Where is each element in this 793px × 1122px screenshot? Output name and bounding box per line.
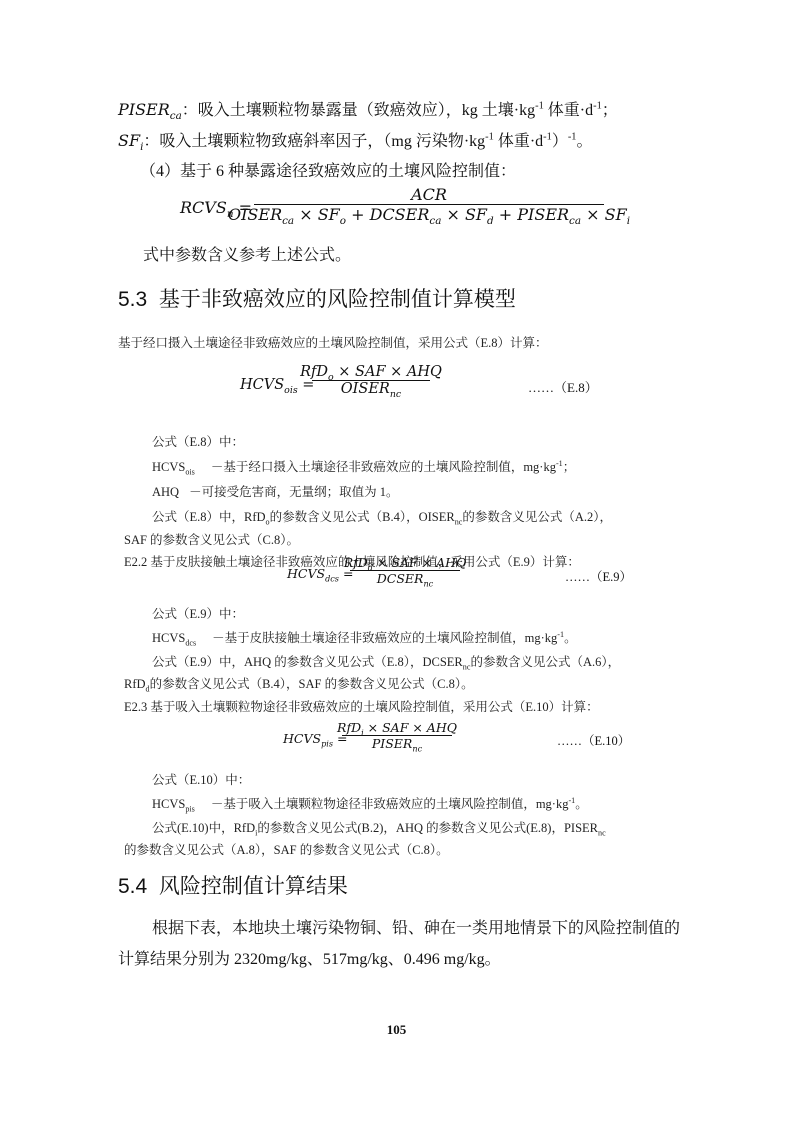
eq-e8-fraction: RfDo × SAF × AHQ OISERnc [312,364,430,397]
eq-e10-fraction: RfDi × SAF × AHQ PISERnc [342,720,452,751]
def-end: 。 [564,631,577,645]
def-text: －基于皮肤接触土壤途径非致癌效应的土壤风险控制值，mg·kg [212,631,557,645]
page-number: 105 [0,1022,793,1038]
term-sub: i [627,215,630,227]
denominator: PISERnc [372,736,422,751]
section-heading-5-4: 5.4 风险控制值计算结果 [118,870,348,900]
def-text: 体重·d [494,133,543,150]
def-symbol: HCVS [152,460,185,474]
lhs-sub: ois [284,385,298,396]
term-sub: ca [282,215,294,227]
den-sub: nc [390,389,401,400]
sup: -1 [535,101,544,112]
ref-text: 公式(E.10)中，RfD [152,821,255,835]
result-paragraph-line2: 计算结果分别为 2320mg/kg、517mg/kg、0.496 mg/kg。 [118,946,501,969]
e9-ref-line2: RfDd的参数含义见公式（B.4），SAF 的参数含义见公式（C.8）。 [124,674,474,692]
symbol: SF [118,131,140,150]
e10-where: 公式（E.10）中： [152,770,250,788]
def-sf-i: SFi：吸入土壤颗粒物致癌斜率因子，（mg 污染物·kg-1 体重·d-1）-1… [118,128,593,151]
def-text: ：吸入土壤颗粒物暴露量（致癌效应），kg 土壤·kg [182,102,535,119]
numerator: RfDd × SAF × AHQ [344,555,467,570]
eq-e8-tag: ……（E.8） [528,377,598,396]
ref-text: 的参数含义见公式（B.4），OISER [270,510,455,524]
def-end: 。 [575,797,588,811]
e8-def-ahq: AHQ－可接受危害商，无量纲；取值为 1。 [152,482,398,500]
e9-where: 公式（E.9）中： [152,604,244,622]
section-heading-5-3: 5.3 基于非致癌效应的风险控制值计算模型 [118,283,516,313]
operator: + [494,205,518,224]
term: OISER [228,205,282,224]
term: PISER [517,205,569,224]
term-sub: ca [429,215,441,227]
term-sub: d [487,215,494,227]
ref-text: RfD [124,677,146,691]
num-rest: × SAF × AHQ [334,364,442,380]
ref-sub: nc [598,829,606,838]
denominator: DCSERnc [377,571,433,586]
item-4: （4）基于 6 种暴露途径致癌效应的土壤风险控制值： [140,158,516,181]
den-symbol: OISER [341,381,390,397]
lhs-symbol: HCVS [283,731,321,746]
def-text: ； [602,102,618,119]
def-text: 。 [577,133,593,150]
numerator: RfDo × SAF × AHQ [300,364,442,380]
e10-ref-line1: 公式(E.10)中，RfDi的参数含义见公式(B.2)，AHQ 的参数含义见公式… [152,818,606,836]
sup: -1 [543,132,552,143]
section-title: 基于非致癌效应的风险控制值计算模型 [159,288,516,311]
def-text: ） [552,133,568,150]
sup: -1 [485,132,494,143]
sup: -1 [556,459,563,468]
e8-intro: 基于经口摄入土壤途径非致癌效应的土壤风险控制值，采用公式（E.8）计算： [118,333,548,351]
denominator: OISERnc [341,381,401,397]
operator: × [294,205,318,224]
def-symbol: AHQ [152,485,179,499]
operator: × [441,205,465,224]
eq-rcvs-fraction: ACR OISERca × SFo + DCSERca × SFd + PISE… [254,185,604,224]
lhs-sub: pis [321,739,333,749]
lhs-symbol: HCVS [287,566,325,581]
term-sub: ca [569,215,581,227]
term: SF [465,205,487,224]
e8-ref-line2: SAF 的参数含义见公式（C.8）。 [124,530,299,548]
eq-e10-tag: ……（E.10） [557,731,630,749]
operator: + [346,205,370,224]
num-symbol: RfD [337,720,361,735]
def-text: －可接受危害商，无量纲；取值为 1。 [189,485,398,499]
symbol-sub: ca [170,110,182,122]
def-sub: pis [185,805,194,814]
term: SF [318,205,340,224]
e8-where: 公式（E.8）中： [152,432,244,450]
sup: -1 [568,132,577,143]
ref-text: 公式（E.8）中，RfD [152,510,266,524]
numerator: RfDi × SAF × AHQ [337,720,457,735]
denominator: OISERca × SFo + DCSERca × SFd + PISERca … [228,205,630,224]
num-symbol: RfD [300,364,328,380]
den-symbol: PISER [372,736,412,751]
result-paragraph-line1: 根据下表，本地块土壤污染物铜、铅、砷在一类用地情景下的风险控制值的 [152,915,680,938]
ref-text: 的参数含义见公式（B.4），SAF 的参数含义见公式（C.8）。 [150,677,474,691]
def-text: －基于经口摄入土壤途径非致癌效应的土壤风险控制值，mg·kg [211,460,556,474]
symbol: PISER [118,100,170,119]
eq-e9-fraction: RfDd × SAF × AHQ DCSERnc [350,555,460,586]
section-number: 5.3 [118,288,147,311]
num-rest: × SAF × AHQ [373,555,466,570]
document-page: PISERca：吸入土壤颗粒物暴露量（致癌效应），kg 土壤·kg-1 体重·d… [0,0,793,1122]
e10-def-hcvs-pis: HCVSpis－基于吸入土壤颗粒物途径非致癌效应的土壤风险控制值，mg·kg-1… [152,794,588,812]
section-title: 风险控制值计算结果 [159,875,348,898]
numerator: ACR [411,185,447,204]
e9-def-hcvs-dcs: HCVSdcs－基于皮肤接触土壤途径非致癌效应的土壤风险控制值，mg·kg-1。 [152,628,577,646]
def-piser-ca: PISERca：吸入土壤颗粒物暴露量（致癌效应），kg 土壤·kg-1 体重·d… [118,97,618,120]
note-reference: 式中参数含义参考上述公式。 [143,242,351,265]
def-text: 体重·d [544,102,593,119]
def-end: ； [563,460,576,474]
ref-text: 的参数含义见公式（A.6）， [470,655,620,669]
lhs-sub: dcs [325,574,339,584]
ref-text: 的参数含义见公式(B.2)，AHQ 的参数含义见公式(E.8)，PISER [257,821,598,835]
den-symbol: DCSER [377,571,424,586]
lhs-symbol: RCVS [180,198,227,217]
num-symbol: RfD [344,555,368,570]
den-sub: nc [412,744,422,754]
def-text: －基于吸入土壤颗粒物途径非致癌效应的土壤风险控制值，mg·kg [211,797,569,811]
def-symbol: HCVS [152,797,185,811]
sup: -1 [593,101,602,112]
den-sub: nc [423,579,433,589]
eq-e9-tag: ……（E.9） [565,567,632,585]
ref-text: 公式（E.9）中，AHQ 的参数含义见公式（E.8），DCSER [152,655,463,669]
ref-text: 的参数含义见公式（A.2）， [462,510,612,524]
operator: × [581,205,605,224]
e10-ref-line2: 的参数含义见公式（A.8），SAF 的参数含义见公式（C.8）。 [124,840,449,858]
e8-def-hcvs-ois: HCVSois－基于经口摄入土壤途径非致癌效应的土壤风险控制值，mg·kg-1； [152,457,575,475]
lhs-symbol: HCVS [240,377,284,393]
num-rest: × SAF × AHQ [364,720,457,735]
section-number: 5.4 [118,875,147,898]
e10-intro: E2.3 基于吸入土壤颗粒物途径非致癌效应的土壤风险控制值，采用公式（E.10）… [124,697,599,715]
def-text: ：吸入土壤颗粒物致癌斜率因子，（mg 污染物·kg [143,133,485,150]
def-sub: dcs [185,639,196,648]
term: SF [605,205,627,224]
e8-ref-line1: 公式（E.8）中，RfDo的参数含义见公式（B.4），OISERnc的参数含义见… [152,507,612,525]
e9-ref-line1: 公式（E.9）中，AHQ 的参数含义见公式（E.8），DCSERnc的参数含义见… [152,652,620,670]
term: DCSER [370,205,430,224]
def-symbol: HCVS [152,631,185,645]
def-sub: ois [185,468,194,477]
